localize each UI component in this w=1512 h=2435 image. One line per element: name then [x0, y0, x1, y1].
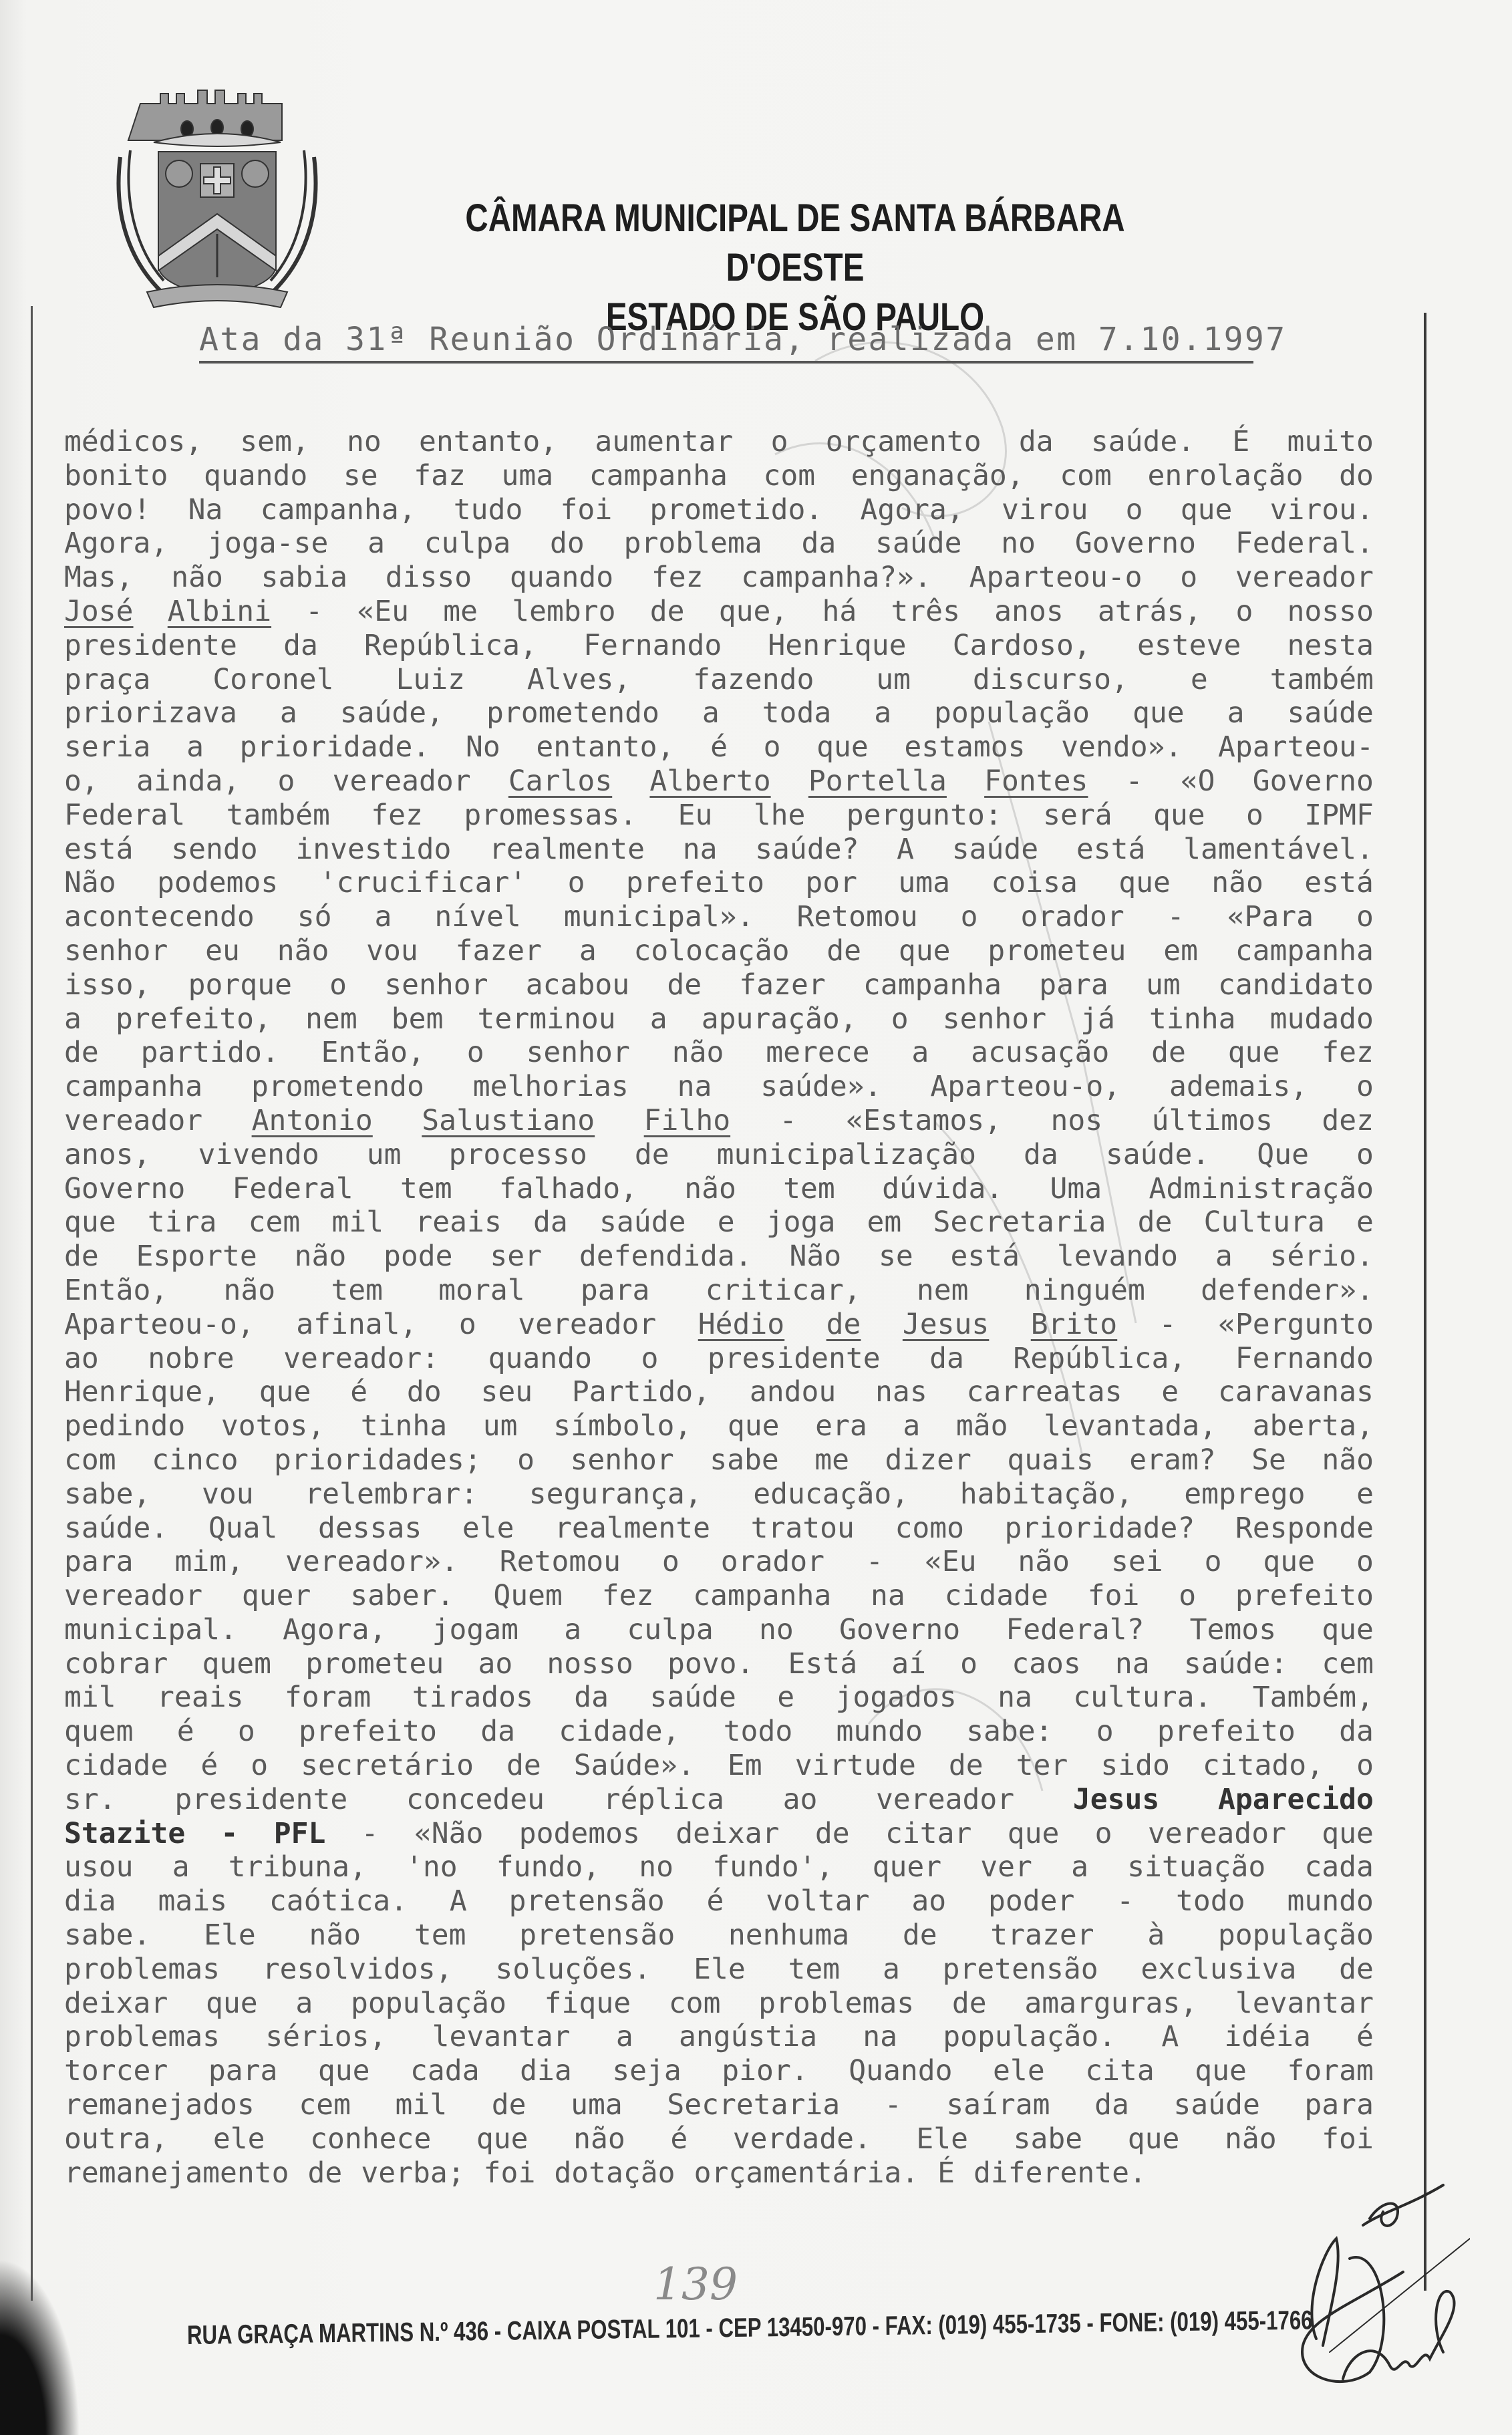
text-line: deixarqueapopulaçãofiquecomproblemasdeam…: [64, 1987, 1374, 2021]
word: caótica.: [269, 1884, 408, 1918]
word: fazendo: [693, 663, 814, 697]
word: nem: [917, 1274, 969, 1308]
word: Partido,: [572, 1375, 710, 1409]
word: Retomou: [500, 1545, 621, 1579]
text-line: departido.Então,osenhornãomereceaacusaçã…: [64, 1036, 1374, 1070]
word: da: [574, 1681, 609, 1715]
word: Fernando: [1235, 1342, 1374, 1376]
word: citado,: [1203, 1749, 1324, 1783]
word: Qual: [208, 1512, 278, 1546]
word: cita: [1085, 2054, 1155, 2088]
word: culpa: [627, 1613, 713, 1647]
word: também: [1270, 663, 1374, 697]
word: IPMF: [1304, 799, 1374, 833]
word: o: [764, 730, 781, 764]
word: sabe,: [64, 1477, 150, 1512]
word: lembro: [512, 595, 615, 629]
word: priorizava: [64, 696, 237, 730]
word: emprego: [1184, 1477, 1305, 1512]
word: cidade,: [559, 1715, 679, 1749]
word: ele: [213, 2122, 265, 2156]
word: saúde,: [340, 696, 444, 730]
word: Não: [64, 866, 116, 900]
word: relembrar:: [305, 1477, 478, 1512]
word: Fernando: [583, 629, 722, 663]
word: defender».: [1201, 1274, 1374, 1308]
word: o: [1205, 1545, 1222, 1579]
word: fundo,: [496, 1850, 600, 1884]
word: Federal.: [1235, 527, 1374, 561]
word: do: [1339, 459, 1374, 493]
word: de: [1138, 1205, 1173, 1240]
word: vereador:: [283, 1342, 439, 1376]
word: o: [1096, 1715, 1114, 1749]
underlined-name: Brito: [1031, 1308, 1117, 1342]
word: como: [895, 1512, 964, 1546]
word: levantar: [1235, 1987, 1374, 2021]
word: quem: [64, 1715, 134, 1749]
word: 'crucificar': [319, 866, 527, 900]
word: prometido.: [649, 493, 822, 527]
word: A: [450, 1884, 467, 1918]
word: da: [283, 629, 318, 663]
word: de: [667, 968, 702, 1002]
word: população.: [943, 2020, 1116, 2054]
word: realmente: [489, 833, 645, 867]
word: quem: [202, 1647, 271, 1681]
word: e: [1161, 1375, 1179, 1409]
word: foi: [484, 2156, 536, 2190]
word: República,: [1013, 1342, 1186, 1376]
word: caravanas: [1218, 1375, 1374, 1409]
word: população: [351, 1987, 506, 2021]
word: cada: [410, 2054, 480, 2088]
word: senhor: [526, 1036, 630, 1070]
word: -: [1126, 764, 1143, 799]
word: que: [1181, 493, 1233, 527]
word: pergunto:: [847, 799, 1002, 833]
word: de: [64, 1036, 99, 1070]
word: o: [1356, 1545, 1374, 1579]
word: a: [1227, 696, 1245, 730]
text-line: senhoreunãovoufazeracolocaçãodequepromet…: [64, 934, 1374, 968]
word: já: [1080, 1002, 1115, 1036]
word: terminou: [478, 1002, 616, 1036]
word: ser: [490, 1240, 542, 1274]
word: povo.: [667, 1647, 754, 1681]
word: que: [899, 934, 951, 968]
word: mudado: [1270, 1002, 1374, 1036]
underlined-name: Salustiano: [422, 1104, 595, 1138]
word: de: [826, 934, 861, 968]
word: é: [350, 1375, 367, 1409]
text-line: outra,eleconhecequenãoéverdade.Elesabequ…: [64, 2122, 1374, 2156]
word: está: [951, 1240, 1020, 1274]
word: três: [891, 595, 960, 629]
word: acontecendo: [64, 900, 255, 934]
word: campanha?».: [741, 561, 931, 595]
word: remanejados: [64, 2088, 255, 2122]
word: saúde: [1287, 696, 1373, 730]
word: a: [702, 696, 720, 730]
word: é: [670, 2122, 688, 2156]
word: candidato: [1218, 968, 1374, 1002]
word: faz: [414, 459, 466, 493]
word: fique: [545, 1987, 631, 2021]
word: não: [1211, 866, 1263, 900]
word: na: [863, 2020, 897, 2054]
word: na: [683, 833, 718, 867]
word: moral: [438, 1274, 524, 1308]
word: que: [476, 2122, 528, 2156]
word: que: [1263, 1545, 1315, 1579]
word: anos,: [64, 1138, 150, 1172]
word: Quando: [849, 2054, 952, 2088]
word: orador: [1020, 900, 1124, 934]
underlined-name: Portella: [808, 764, 947, 799]
word: com: [1060, 459, 1112, 493]
word: fazer: [739, 968, 825, 1002]
word: com: [64, 1443, 116, 1477]
word: médicos,: [64, 425, 202, 459]
text-line: vereadorquersaber.Quemfezcampanhanacidad…: [64, 1579, 1374, 1613]
word: vereador: [64, 1579, 202, 1613]
word: prefeito,: [116, 1002, 271, 1036]
text-line: Aparteou-o,afinal,overeadorHédiodeJesusB…: [64, 1308, 1374, 1342]
word: Então,: [64, 1274, 168, 1308]
bold-name: Jesus: [1073, 1783, 1159, 1817]
word: cinco: [152, 1443, 238, 1477]
word: merece: [766, 1036, 869, 1070]
word: no: [347, 425, 382, 459]
word: prometendo: [251, 1070, 424, 1104]
word: sérios,: [265, 2020, 386, 2054]
word: vereador: [1235, 561, 1374, 595]
word: o: [329, 968, 347, 1002]
word: o: [517, 1443, 535, 1477]
word: réplica: [603, 1783, 724, 1817]
word: e: [718, 1205, 735, 1240]
text-line: isso,porqueosenhoracaboudefazercampanhap…: [64, 968, 1374, 1002]
word: vou: [202, 1477, 254, 1512]
word: à: [1147, 1918, 1165, 1953]
word: a: [64, 1002, 82, 1036]
word: É: [1232, 425, 1249, 459]
word: campanha: [863, 968, 1002, 1002]
word: do: [550, 527, 585, 561]
word: o: [961, 900, 978, 934]
word: saúde:: [1184, 1647, 1288, 1681]
word: a: [172, 1850, 190, 1884]
word: de: [815, 1817, 850, 1851]
word: ainda,: [136, 764, 240, 799]
word: ele: [993, 2054, 1045, 2088]
word: vou: [366, 934, 418, 968]
word: discurso,: [973, 663, 1128, 697]
word: prometeu: [305, 1647, 444, 1681]
word: torcer: [64, 2054, 168, 2088]
word: saúde: [599, 1205, 686, 1240]
underlined-name: Jesus: [903, 1308, 989, 1342]
word: acusação: [971, 1036, 1109, 1070]
word: tinha: [1149, 1002, 1235, 1036]
word: da: [1024, 1138, 1058, 1172]
word: a: [883, 1953, 900, 1987]
word: senhor: [943, 1002, 1046, 1036]
word: em: [867, 1205, 902, 1240]
word: cem: [299, 2088, 351, 2122]
word: verdade.: [733, 2122, 871, 2156]
text-line: Henrique,queédoseuPartido,andounascarrea…: [64, 1375, 1374, 1409]
bold-name: Aparecido: [1218, 1783, 1374, 1817]
word: de: [1151, 1036, 1186, 1070]
word: eram?: [1129, 1443, 1215, 1477]
word: a: [650, 1002, 667, 1036]
word: ao: [478, 1647, 512, 1681]
word: sério.: [1270, 1240, 1374, 1274]
word: que: [1153, 799, 1205, 833]
word: se: [343, 459, 378, 493]
word: presidente: [708, 1342, 881, 1376]
word: usou: [64, 1850, 134, 1884]
word: para: [1304, 2088, 1374, 2122]
word: senhor: [64, 934, 168, 968]
word: nobre: [148, 1342, 234, 1376]
word: dizer: [885, 1443, 971, 1477]
word: não: [573, 2122, 625, 2156]
word: população: [1218, 1918, 1374, 1953]
text-line: cidadeéosecretáriodeSaúde».Emvirtudedete…: [64, 1749, 1374, 1783]
word: e: [1356, 1205, 1374, 1240]
word: bonito: [64, 459, 168, 493]
word: nos: [1050, 1104, 1102, 1138]
word: pretensão: [519, 1918, 675, 1953]
word: habitação,: [960, 1477, 1133, 1512]
word: saúde.: [1106, 1138, 1209, 1172]
word: foi: [1322, 2122, 1374, 2156]
word: que: [1228, 1036, 1280, 1070]
word: de: [506, 1749, 541, 1783]
text-line: deEsportenãopodeserdefendida.Nãoseestále…: [64, 1240, 1374, 1274]
word: dotação: [554, 2156, 675, 2190]
word: Henrique,: [64, 1375, 220, 1409]
word: a: [1215, 1240, 1233, 1274]
word: tirados: [412, 1681, 533, 1715]
word: cidade: [64, 1749, 168, 1783]
word: não: [171, 561, 223, 595]
word: da: [1019, 425, 1054, 459]
word: lhe: [754, 799, 806, 833]
text-line: sabe,vourelembrar:segurança,educação,hab…: [64, 1477, 1374, 1512]
word: prometeu: [988, 934, 1126, 968]
word: jogam: [432, 1613, 518, 1647]
word: a: [564, 1613, 581, 1647]
word: virou.: [1270, 493, 1374, 527]
word: para: [64, 1545, 134, 1579]
text-line: praçaCoronelLuizAlves,fazendoumdiscurso,…: [64, 663, 1374, 697]
word: virou: [1002, 493, 1088, 527]
word: um: [483, 1409, 518, 1443]
word: que: [1132, 696, 1185, 730]
word: todo: [1176, 1884, 1245, 1918]
word: com: [669, 1987, 721, 2021]
word: o: [891, 1002, 909, 1036]
word: idéia: [1224, 2020, 1310, 2054]
word: ver: [980, 1850, 1032, 1884]
word: fez: [651, 561, 704, 595]
word: «Eu: [357, 595, 409, 629]
word: Então,: [321, 1036, 425, 1070]
word: o: [1179, 1579, 1196, 1613]
word: trazer: [990, 1918, 1094, 1953]
word: não: [1018, 1545, 1070, 1579]
word: vereador».: [285, 1545, 458, 1579]
word: é: [706, 1884, 724, 1918]
word: defendida.: [579, 1240, 752, 1274]
word: podemos: [519, 1817, 640, 1851]
text-line: Nãopodemos'crucificar'oprefeitoporumacoi…: [64, 866, 1374, 900]
word: a: [374, 900, 392, 934]
word: Ele: [204, 1918, 256, 1953]
word: pedindo: [64, 1409, 185, 1443]
text-line: diamaiscaótica.Apretensãoévoltaraopoder-…: [64, 1884, 1374, 1918]
word: que: [1322, 1613, 1374, 1647]
word: que: [206, 1987, 258, 2021]
word: para: [1039, 968, 1108, 1002]
text-line: sr.presidenteconcedeuréplicaaovereadorJe…: [64, 1783, 1374, 1817]
word: de: [1339, 1953, 1374, 1987]
text-line: acontecendosóanívelmunicipal».Retomouoor…: [64, 900, 1374, 934]
underlined-name: José: [64, 595, 134, 629]
word: Também,: [1253, 1681, 1374, 1715]
word: voltar: [766, 1884, 869, 1918]
word: exclusiva: [1141, 1953, 1296, 1987]
word: Agora,: [283, 1613, 386, 1647]
word: Ele: [694, 1953, 746, 1987]
word: municipal.: [64, 1613, 237, 1647]
word: símbolo,: [553, 1409, 692, 1443]
word: está: [64, 833, 134, 867]
word: -: [866, 1545, 883, 1579]
word: a: [903, 1409, 920, 1443]
word: diferente.: [973, 2156, 1147, 2190]
word: Coronel: [212, 663, 333, 697]
word: quando: [510, 561, 613, 595]
word: Governo: [1253, 764, 1374, 799]
word: A: [1161, 2020, 1179, 2054]
text-line: pedindovotos,tinhaumsímbolo,queeraamãole…: [64, 1409, 1374, 1443]
word: dúvida.: [882, 1172, 1003, 1206]
word: quer: [873, 1850, 942, 1884]
word: Responde: [1235, 1512, 1374, 1546]
word: tem: [788, 1953, 841, 1987]
word: Ele: [916, 2122, 968, 2156]
word: resolvidos,: [263, 1953, 453, 1987]
word: aberta,: [1253, 1409, 1374, 1443]
word: carreatas: [967, 1375, 1122, 1409]
word: vereador: [333, 764, 471, 799]
word: amarguras,: [1024, 1987, 1197, 2021]
word: Federal?: [1006, 1613, 1144, 1647]
word: Uma: [1050, 1172, 1102, 1206]
word: citar: [885, 1817, 971, 1851]
word: Retomou: [796, 900, 917, 934]
word: da: [929, 1342, 964, 1376]
word: prefeito: [1157, 1715, 1296, 1749]
word: culpa: [424, 527, 510, 561]
footer-address: RUA GRAÇA MARTINS N.º 436 - CAIXA POSTAL…: [187, 2305, 1313, 2351]
word: criticar,: [706, 1274, 861, 1308]
word: vendo».: [1061, 730, 1182, 764]
word: fez: [371, 799, 423, 833]
text-line: problemasresolvidos,soluções.Eletemapret…: [64, 1953, 1374, 1987]
word: Aparteou-o: [969, 561, 1143, 595]
word: tira: [148, 1205, 217, 1240]
word: joga-se: [207, 527, 328, 561]
word: de: [949, 1749, 984, 1783]
word: Agora,: [860, 493, 963, 527]
word: muito: [1287, 425, 1373, 459]
word: sabia: [261, 561, 347, 595]
word: o: [1126, 493, 1143, 527]
word: municipal».: [564, 900, 754, 934]
word: Agora,: [64, 527, 168, 561]
text-line: cobrarquemprometeuaonossopovo.Estáaíocao…: [64, 1647, 1374, 1681]
word: colocação: [634, 934, 790, 968]
word: a: [616, 2020, 633, 2054]
word: vereador: [518, 1308, 656, 1342]
word: cultura.: [1073, 1681, 1211, 1715]
word: o: [1356, 1749, 1374, 1783]
word: nosso: [547, 1647, 633, 1681]
word: o: [568, 866, 585, 900]
underlined-name: de: [826, 1308, 861, 1342]
text-line: o,ainda,overeadorCarlosAlbertoPortellaFo…: [64, 764, 1374, 799]
word: porque: [188, 968, 292, 1002]
word: será: [1043, 799, 1112, 833]
word: partido.: [141, 1036, 279, 1070]
word: esteve: [1137, 629, 1241, 663]
word: dia: [520, 2054, 572, 2088]
text-line: comcincoprioridades;osenhorsabemedizerqu…: [64, 1443, 1374, 1477]
word: é: [200, 1749, 218, 1783]
word: tinha: [361, 1409, 447, 1443]
word: não: [1225, 2122, 1277, 2156]
word: da: [801, 527, 836, 561]
word: não: [1322, 1443, 1374, 1477]
word: há: [822, 595, 857, 629]
word: dessas: [318, 1512, 422, 1546]
word: situação: [1127, 1850, 1265, 1884]
word: que,: [719, 595, 788, 629]
word: de: [903, 1918, 937, 1953]
word: Em: [728, 1749, 762, 1783]
word: Federal: [232, 1172, 353, 1206]
word: sabe:: [966, 1715, 1052, 1749]
word: -: [1167, 900, 1185, 934]
word: do: [407, 1375, 442, 1409]
word: apuração,: [702, 1002, 857, 1036]
bold-name: PFL: [274, 1817, 326, 1851]
word: educação,: [753, 1477, 909, 1512]
text-line: Stazite-PFL-«Nãopodemosdeixardecitarqueo…: [64, 1817, 1374, 1851]
word: Não: [789, 1240, 841, 1274]
word: cidade: [945, 1579, 1048, 1613]
word: problemas: [64, 1953, 220, 1987]
word: nosso: [1288, 595, 1374, 629]
word: Aparteou-: [1218, 730, 1374, 764]
word: vereador: [1148, 1817, 1286, 1851]
